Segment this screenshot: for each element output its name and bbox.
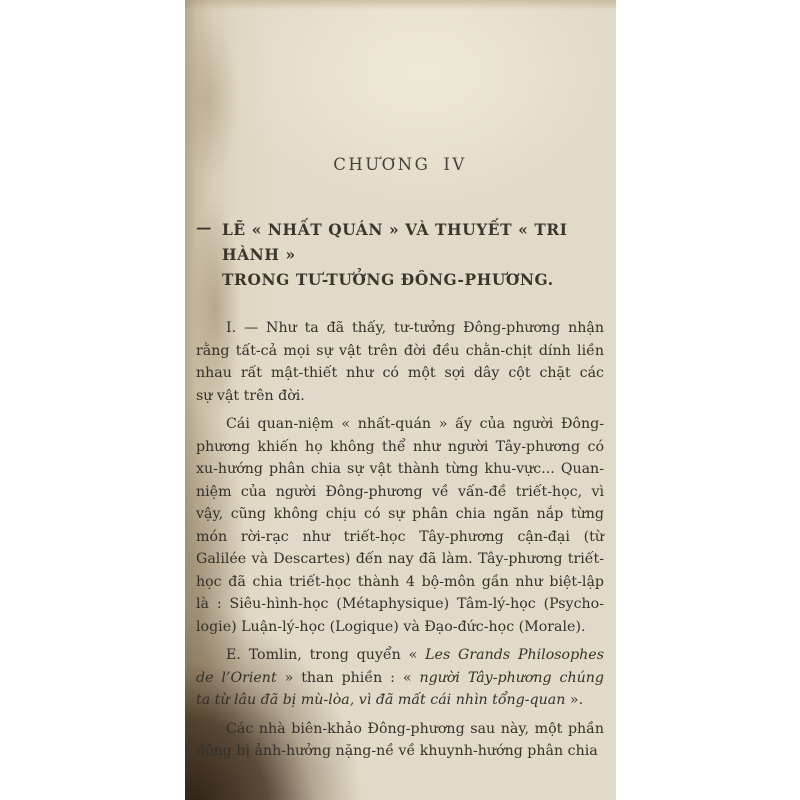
text-segment: » than phiền : « bbox=[277, 670, 420, 686]
text-segment: I. — Như ta đã thấy, tư-tưởng Đông-phươn… bbox=[226, 320, 604, 336]
text-segment: Các nhà biên-khảo Đông-phương sau này, m… bbox=[226, 721, 604, 737]
text-segment: phương khiến họ không thể như người Tây-… bbox=[196, 439, 604, 455]
italic-text-segment: ta từ lâu đã bị mù-lòa, vì đã mất cái nh… bbox=[196, 692, 565, 708]
text-line: đông bị ảnh-hưởng nặng-nề về khuynh-hướn… bbox=[196, 740, 604, 763]
text-segment: niệm của người Đông-phương về vấn-đề tri… bbox=[196, 484, 604, 500]
text-segment: đông bị ảnh-hưởng nặng-nề về khuynh-hướn… bbox=[196, 743, 598, 759]
text-segment: vậy, cũng không chịu có sự phân chia ngă… bbox=[196, 506, 604, 522]
chapter-numeral: IV bbox=[443, 155, 466, 174]
text-line: rằng tất-cả mọi sự vật trên đời đều chằn… bbox=[196, 340, 604, 363]
text-line: Galilée và Descartes) đến nay đã làm. Tâ… bbox=[196, 548, 604, 571]
text-line: logie) Luận-lý-học (Logique) và Đạo-đức-… bbox=[196, 616, 604, 639]
page-content: CHƯƠNGIV —LẼ « NHẤT QUÁN » VÀ THUYẾT « T… bbox=[196, 0, 604, 763]
text-line: ta từ lâu đã bị mù-lòa, vì đã mất cái nh… bbox=[196, 689, 604, 712]
italic-text-segment: Les Grands Philosophes bbox=[425, 647, 604, 663]
paragraph: Các nhà biên-khảo Đông-phương sau này, m… bbox=[196, 718, 604, 763]
text-segment: là : Siêu-hình-học (Métaphysique) Tâm-lý… bbox=[196, 596, 604, 612]
text-segment: món rời-rạc như triết-học Tây-phương cận… bbox=[196, 529, 604, 545]
chapter-heading: CHƯƠNGIV bbox=[196, 155, 604, 174]
text-line: học đã chia triết-học thành 4 bộ-môn gần… bbox=[196, 571, 604, 594]
chapter-label: CHƯƠNG bbox=[333, 155, 430, 174]
text-segment: sự vật trên đời. bbox=[196, 388, 305, 404]
text-line: niệm của người Đông-phương về vấn-đề tri… bbox=[196, 481, 604, 504]
section-title-line-1: —LẼ « NHẤT QUÁN » VÀ THUYẾT « TRI HÀNH » bbox=[196, 218, 604, 268]
paragraph: Cái quan-niệm « nhất-quán » ấy của người… bbox=[196, 413, 604, 638]
text-segment: ». bbox=[565, 692, 583, 708]
text-line: E. Tomlin, trong quyển « Les Grands Phil… bbox=[196, 644, 604, 667]
italic-text-segment: người Tây-phương chúng bbox=[419, 670, 604, 686]
text-line: vậy, cũng không chịu có sự phân chia ngă… bbox=[196, 503, 604, 526]
text-line: de l’Orient » than phiền : « người Tây-p… bbox=[196, 667, 604, 690]
photo-canvas: CHƯƠNGIV —LẼ « NHẤT QUÁN » VÀ THUYẾT « T… bbox=[0, 0, 800, 800]
section-title: —LẼ « NHẤT QUÁN » VÀ THUYẾT « TRI HÀNH »… bbox=[196, 218, 604, 293]
text-line: là : Siêu-hình-học (Métaphysique) Tâm-lý… bbox=[196, 593, 604, 616]
title-line-1-text: LẼ « NHẤT QUÁN » VÀ THUYẾT « TRI HÀNH » bbox=[222, 221, 568, 264]
text-line: sự vật trên đời. bbox=[196, 385, 604, 408]
text-segment: E. Tomlin, trong quyển « bbox=[226, 647, 425, 663]
italic-text-segment: de l’Orient bbox=[196, 670, 277, 686]
text-line: Cái quan-niệm « nhất-quán » ấy của người… bbox=[196, 413, 604, 436]
text-line: món rời-rạc như triết-học Tây-phương cận… bbox=[196, 526, 604, 549]
text-segment: học đã chia triết-học thành 4 bộ-môn gần… bbox=[196, 574, 604, 590]
text-segment: Cái quan-niệm « nhất-quán » ấy của người… bbox=[226, 416, 604, 432]
book-page: CHƯƠNGIV —LẼ « NHẤT QUÁN » VÀ THUYẾT « T… bbox=[185, 0, 616, 800]
text-segment: logie) Luận-lý-học (Logique) và Đạo-đức-… bbox=[196, 619, 586, 635]
text-segment: Galilée và Descartes) đến nay đã làm. Tâ… bbox=[196, 551, 604, 567]
text-line: Các nhà biên-khảo Đông-phương sau này, m… bbox=[196, 718, 604, 741]
section-title-line-2: TRONG TƯ-TƯỞNG ĐÔNG-PHƯƠNG. bbox=[196, 268, 604, 293]
text-line: nhau rất mật-thiết như có một sợi dây cộ… bbox=[196, 362, 604, 385]
body-text: I. — Như ta đã thấy, tư-tưởng Đông-phươn… bbox=[196, 317, 604, 763]
paragraph: E. Tomlin, trong quyển « Les Grands Phil… bbox=[196, 644, 604, 712]
text-segment: xu-hướng phân chia sự vật thành từng khu… bbox=[196, 461, 604, 477]
text-segment: rằng tất-cả mọi sự vật trên đời đều chằn… bbox=[196, 343, 604, 359]
paragraph: I. — Như ta đã thấy, tư-tưởng Đông-phươn… bbox=[196, 317, 604, 407]
title-dash: — bbox=[196, 216, 212, 241]
text-line: I. — Như ta đã thấy, tư-tưởng Đông-phươn… bbox=[196, 317, 604, 340]
text-line: xu-hướng phân chia sự vật thành từng khu… bbox=[196, 458, 604, 481]
text-segment: nhau rất mật-thiết như có một sợi dây cộ… bbox=[196, 365, 604, 381]
text-line: phương khiến họ không thể như người Tây-… bbox=[196, 436, 604, 459]
